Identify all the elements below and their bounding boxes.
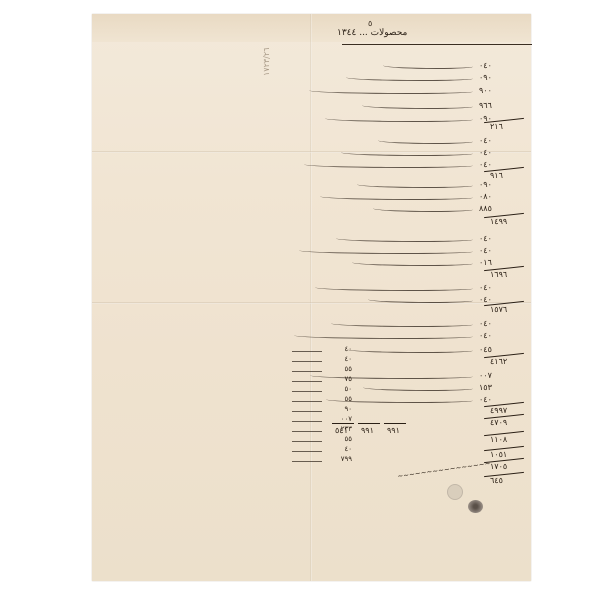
entry-amount: ٠٠٧ bbox=[479, 371, 511, 380]
dark-seal-stamp bbox=[468, 500, 483, 513]
subtotal-value: ٤٩٩٧ bbox=[490, 406, 507, 415]
entry-description-handwriting bbox=[352, 260, 473, 266]
side-row-value: ٠٠٧ bbox=[341, 415, 352, 423]
middle-total: ٩٩١ bbox=[361, 426, 374, 435]
entry-amount: ٠٤٠ bbox=[479, 61, 511, 70]
subtotal-value: ٢١٦ bbox=[490, 122, 503, 131]
side-row-value: ٥٥ bbox=[344, 365, 352, 373]
faint-seal-stamp bbox=[447, 484, 463, 500]
side-row-handwriting bbox=[292, 357, 322, 362]
entry-amount: ٠٩٠ bbox=[479, 180, 511, 189]
ledger-entry: ٠٨٠ bbox=[320, 191, 511, 202]
ledger-entry: ٠٤٥ bbox=[347, 344, 511, 355]
page-mark: ٥ bbox=[368, 19, 372, 28]
entry-description-handwriting bbox=[294, 333, 473, 339]
entry-amount: ٠٤٠ bbox=[479, 246, 511, 255]
entry-description-handwriting bbox=[320, 194, 473, 200]
ledger-entry: ٠٤٠ bbox=[383, 60, 511, 71]
document-heading: محصولات ... ١٣٤٤ bbox=[337, 28, 407, 38]
entry-description-handwriting bbox=[357, 182, 473, 188]
entry-description-handwriting bbox=[299, 248, 473, 254]
entry-amount: ٩٦٦ bbox=[479, 101, 511, 110]
ledger-entry: ٠٤٠ bbox=[336, 233, 511, 244]
ledger-entry: ٨٨٥ bbox=[373, 203, 511, 214]
side-row-handwriting bbox=[292, 387, 322, 392]
entry-description-handwriting bbox=[373, 206, 473, 212]
entry-amount: ٠٤٠ bbox=[479, 148, 511, 157]
side-row-value: ٩٠ bbox=[344, 405, 352, 413]
entry-amount: ٠٤٠ bbox=[479, 395, 511, 404]
side-table-row: ٢٣٣ bbox=[292, 424, 352, 434]
ledger-entry: ٠٤٠ bbox=[304, 159, 511, 170]
entry-amount: ١٥٣ bbox=[479, 383, 511, 392]
ledger-entry: ٩٦٦ bbox=[362, 100, 511, 111]
entry-amount: ٨٨٥ bbox=[479, 204, 511, 213]
side-row-handwriting bbox=[292, 427, 322, 432]
document-paper: ٥ ١٧٢٣/٢٦ محصولات ... ١٣٤٤ ٠٤٠٠٩٠٩٠٠٩٦٦٠… bbox=[92, 14, 531, 581]
ledger-entry: ٠٤٠ bbox=[368, 294, 511, 305]
entry-amount: ٠٤٠ bbox=[479, 234, 511, 243]
closing-note: ~~~~~~~~~~~~~~~~ bbox=[397, 460, 491, 481]
side-table-row: ٧٩٩ bbox=[292, 454, 352, 464]
entry-description-handwriting bbox=[362, 103, 473, 109]
subtotal-value: ١٤٩٩ bbox=[490, 217, 507, 226]
entry-description-handwriting bbox=[346, 75, 473, 81]
side-row-handwriting bbox=[292, 447, 322, 452]
entry-description-handwriting bbox=[368, 297, 473, 303]
entry-amount: ٠٤٠ bbox=[479, 136, 511, 145]
middle-total-rule bbox=[384, 423, 406, 424]
subtotal-value: ١١٠٨ bbox=[490, 435, 507, 444]
side-row-handwriting bbox=[292, 397, 322, 402]
side-table-row: ٩٠ bbox=[292, 404, 352, 414]
subtotal-value: ٤٧٠٩ bbox=[490, 418, 507, 427]
ledger-entry: ١٥٣ bbox=[363, 382, 511, 393]
ledger-entry: ٠١٦ bbox=[352, 257, 511, 268]
side-table: ٤٠ ٤٠٥٥٧٥٥٠٥٥٩٠٠٠٧٢٣٣٥٥٤٠٧٩٩ bbox=[292, 344, 352, 464]
entry-amount: ٠١٦ bbox=[479, 258, 511, 267]
entry-amount: ٠٨٠ bbox=[479, 192, 511, 201]
entry-description-handwriting bbox=[325, 116, 473, 122]
entry-description-handwriting bbox=[347, 347, 473, 353]
margin-annotation: ١٧٢٣/٢٦ bbox=[262, 48, 271, 76]
ledger-entry: ٠٩٠ bbox=[357, 179, 511, 190]
ledger-entry: ٠٤٠ bbox=[294, 330, 511, 341]
entry-description-handwriting bbox=[315, 285, 473, 291]
side-table-row: ٧٥ bbox=[292, 374, 352, 384]
side-row-value: ٢٣٣ bbox=[341, 425, 352, 433]
entry-description-handwriting bbox=[309, 88, 473, 94]
heading-underline bbox=[342, 44, 532, 45]
side-row-value: ٥٥ bbox=[344, 435, 352, 443]
side-table-header: ٤٠ bbox=[292, 344, 352, 354]
side-table-row: ٠٠٧ bbox=[292, 414, 352, 424]
ledger-entry: ٠٤٠ bbox=[378, 135, 511, 146]
side-row-handwriting bbox=[292, 407, 322, 412]
subtotal-value: ١٠٥١ bbox=[490, 450, 507, 459]
entry-amount: ٠٤٠ bbox=[479, 319, 511, 328]
middle-total: ٩٩١ bbox=[387, 426, 400, 435]
subtotal-value: ١٦٩٦ bbox=[490, 270, 507, 279]
side-row-value: ٤٠ bbox=[344, 445, 352, 453]
ledger-entry: ٠٤٠ bbox=[326, 394, 511, 405]
subtotal-value: ٦٤٥ bbox=[490, 476, 503, 485]
subtotal-value: ١٥٧٦ bbox=[490, 305, 507, 314]
side-table-row: ٥٥ bbox=[292, 434, 352, 444]
entry-description-handwriting bbox=[336, 236, 473, 242]
side-row-handwriting bbox=[292, 457, 322, 462]
entry-amount: ٠٤٠ bbox=[479, 160, 511, 169]
side-row-value: ٧٩٩ bbox=[341, 455, 352, 463]
side-row-value: ٥٥ bbox=[344, 395, 352, 403]
entry-amount: ٩٠٠ bbox=[479, 86, 511, 95]
ledger-entry: ٩٠٠ bbox=[309, 85, 511, 96]
entry-description-handwriting bbox=[378, 138, 473, 144]
side-table-row: ٥٥ bbox=[292, 364, 352, 374]
entry-description-handwriting bbox=[304, 162, 473, 168]
side-table-row: ٥٥ bbox=[292, 394, 352, 404]
side-row-handwriting bbox=[292, 377, 322, 382]
middle-total-rule bbox=[358, 423, 380, 424]
ledger-entry: ٠٤٠ bbox=[299, 245, 511, 256]
entry-amount: ٠٤٥ bbox=[479, 345, 511, 354]
subtotal-value: ٩١٦ bbox=[490, 171, 503, 180]
entry-amount: ٠٤٠ bbox=[479, 283, 511, 292]
side-row-handwriting bbox=[292, 417, 322, 422]
side-row-handwriting bbox=[292, 437, 322, 442]
side-row-value: ٤٠ bbox=[344, 355, 352, 363]
entry-amount: ٠٤٠ bbox=[479, 331, 511, 340]
side-row-handwriting bbox=[292, 367, 322, 372]
ledger-entry: ٠٤٠ bbox=[341, 147, 511, 158]
vertical-fold-line bbox=[310, 14, 312, 581]
entry-description-handwriting bbox=[363, 385, 473, 391]
entry-amount: ٠٩٠ bbox=[479, 73, 511, 82]
ledger-entry: ٠٤٠ bbox=[331, 318, 511, 329]
entry-description-handwriting bbox=[341, 150, 473, 156]
subtotal-value: ١٧٠٥ bbox=[490, 462, 507, 471]
side-table-row: ٤٠ bbox=[292, 444, 352, 454]
ledger-entry: ٠٤٠ bbox=[315, 282, 511, 293]
side-table-row: ٤٠ bbox=[292, 354, 352, 364]
side-table-row: ٥٠ bbox=[292, 384, 352, 394]
subtotal-value: ٤١٦٢ bbox=[490, 357, 507, 366]
entry-description-handwriting bbox=[383, 63, 473, 69]
side-row-value: ٥٠ bbox=[344, 385, 352, 393]
ledger-entry: ٠٩٠ bbox=[346, 72, 511, 83]
side-row-value: ٧٥ bbox=[344, 375, 352, 383]
entry-description-handwriting bbox=[331, 321, 473, 327]
